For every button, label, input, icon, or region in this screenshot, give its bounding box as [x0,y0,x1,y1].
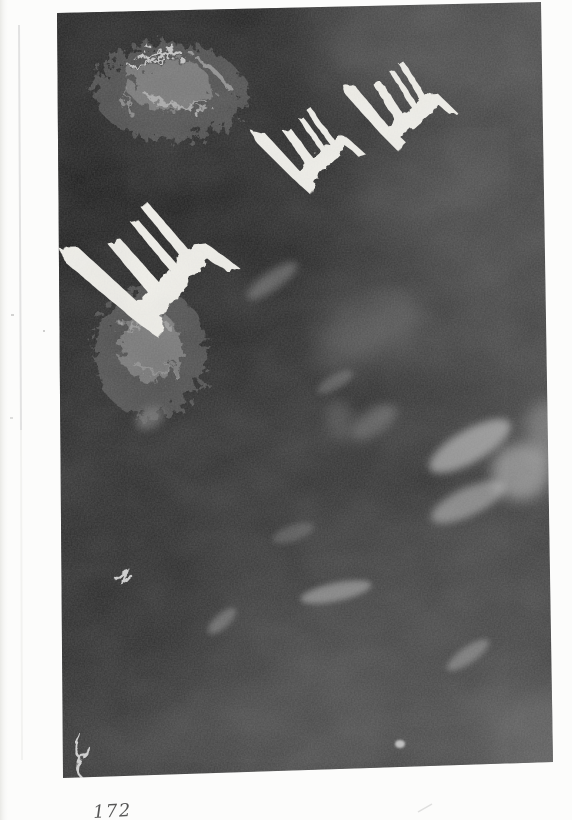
book-page: 172 [0,0,572,820]
margin-speck [43,330,45,332]
page-crease [19,25,21,430]
tonal-mottle [50,0,560,785]
page-number: 172 [92,800,132,820]
margin-speck [10,417,13,419]
page-crease-lower [21,430,22,760]
page-edge-shade [0,0,9,820]
margin-speck [11,314,14,316]
photo-plate [0,0,572,820]
stray-mark [418,804,432,812]
photo [0,0,572,820]
